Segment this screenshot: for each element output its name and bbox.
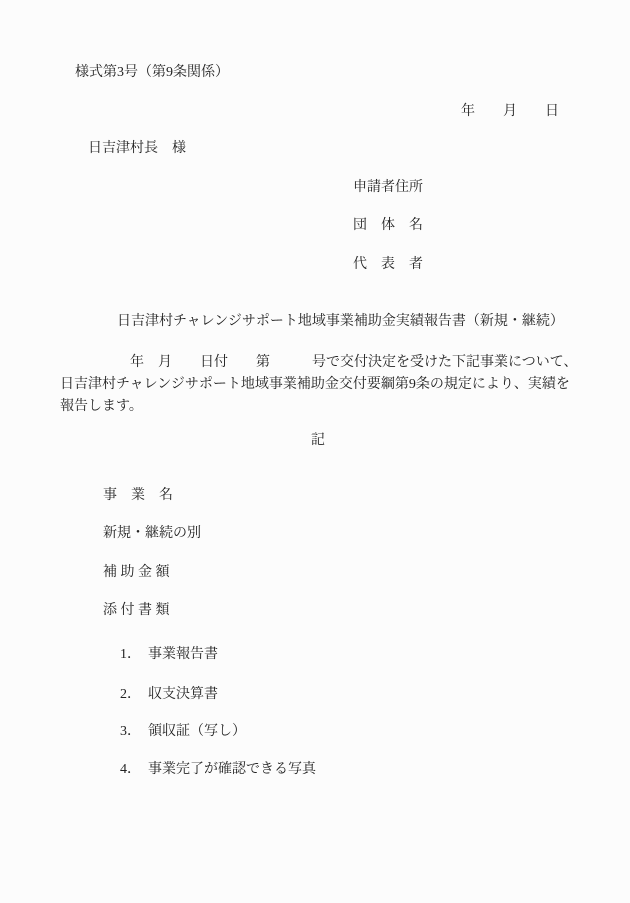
body-paragraph-line-2: 日吉津村チャレンジサポート地域事業補助金交付要綱第9条の規定により、実績を: [60, 377, 570, 393]
field-project-name-label: 事 業 名: [103, 488, 173, 504]
attachment-item-2: 2． 収支決算書: [120, 687, 218, 703]
representative-label: 代 表 者: [353, 257, 423, 273]
document-title: 日吉津村チャレンジサポート地域事業補助金実績報告書（新規・継続）: [117, 314, 564, 330]
field-attached-documents-label: 添 付 書 類: [103, 603, 170, 619]
attachment-item-3: 3． 領収証（写し）: [120, 724, 246, 740]
group-name-label: 団 体 名: [353, 218, 423, 234]
attachment-item-1: 1． 事業報告書: [120, 647, 218, 663]
section-marker-ki: 記: [311, 433, 325, 449]
field-new-or-continue-label: 新規・継続の別: [103, 526, 201, 542]
form-number: 様式第3号（第9条関係）: [75, 65, 229, 81]
body-paragraph-line-1: 年 月 日付 第 号で交付決定を受けた下記事業について、: [60, 355, 577, 371]
attachment-item-4: 4． 事業完了が確認できる写真: [120, 762, 316, 778]
date-line: 年 月 日: [461, 104, 559, 120]
field-subsidy-amount-label: 補 助 金 額: [103, 565, 170, 581]
applicant-address-label: 申請者住所: [353, 180, 423, 196]
document-page: 様式第3号（第9条関係） 年 月 日 日吉津村長 様 申請者住所 団 体 名 代…: [0, 0, 630, 903]
addressee-line: 日吉津村長 様: [88, 141, 186, 157]
body-paragraph-line-3: 報告します。: [60, 399, 143, 415]
